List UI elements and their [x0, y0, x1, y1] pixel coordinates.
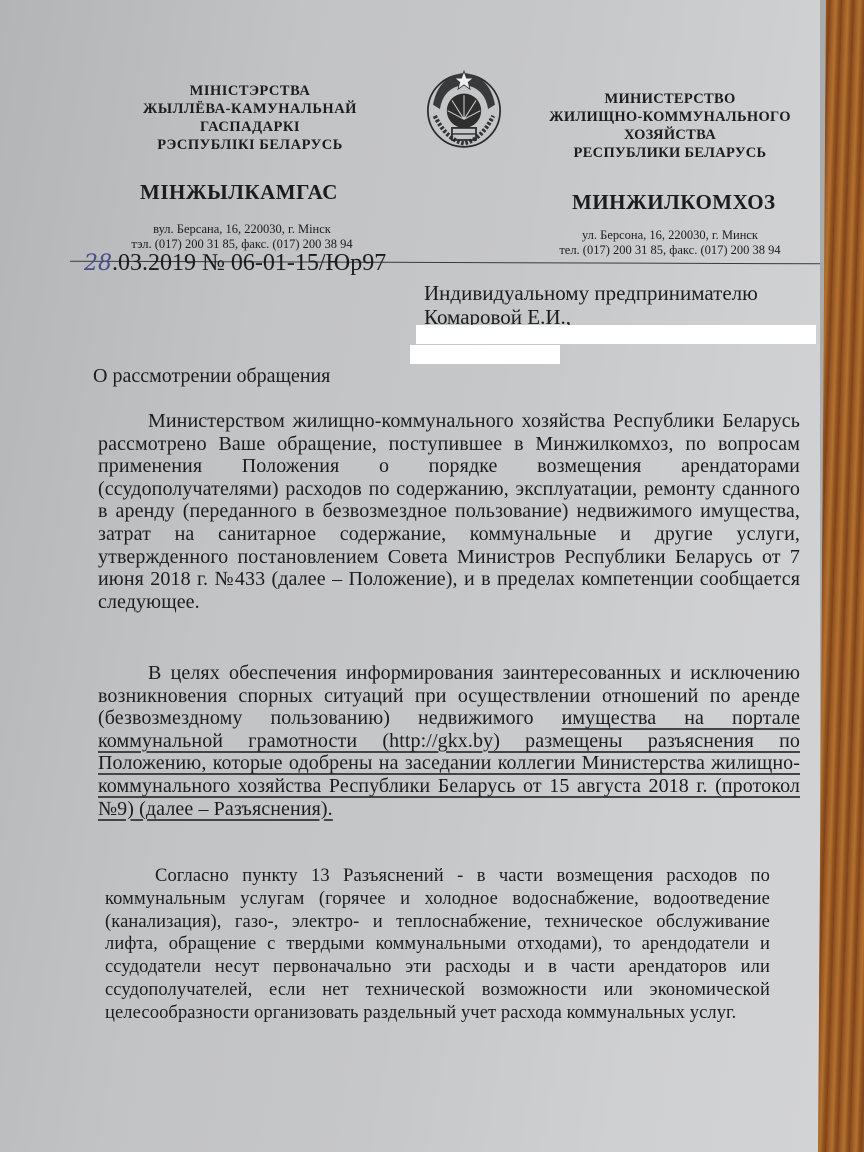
letterhead-line: МИНИСТЕРСТВО	[530, 90, 810, 108]
registration-number: 28.03.2019 № 06-01-15/Юр97	[84, 250, 386, 277]
redaction-bar	[410, 345, 560, 364]
handwritten-day: 28	[84, 251, 112, 276]
letterhead-line: ХОЗЯЙСТВА	[530, 126, 810, 144]
letterhead-russian: МИНИСТЕРСТВО ЖИЛИЩНО-КОММУНАЛЬНОГО ХОЗЯЙ…	[530, 90, 810, 162]
addressee-block: Индивидуальному предпринимателю Комарово…	[424, 281, 758, 329]
redaction-bar	[416, 325, 816, 344]
phone-fax: тел. (017) 200 31 85, факс. (017) 200 38…	[540, 243, 800, 258]
letter-page: МІНІСТЭРСТВА ЖЫЛЛЁВА-КАМУНАЛЬНАЙ ГАСПАДА…	[0, 0, 820, 1152]
letter-subject: О рассмотрении обращения	[93, 365, 330, 388]
letterhead-line: ЖИЛИЩНО-КОММУНАЛЬНОГО	[530, 108, 810, 126]
address-belarusian: вул. Берсана, 16, 220030, г. Мінск тэл. …	[112, 222, 372, 252]
paragraph-2: В целях обеспечения информирования заинт…	[98, 662, 800, 820]
paragraph-3: Согласно пункту 13 Разъяснений - в части…	[105, 865, 770, 1025]
addressee-title: Индивидуальному предпринимателю	[424, 281, 758, 305]
state-emblem-icon	[421, 66, 507, 152]
letterhead-belarusian: МІНІСТЭРСТВА ЖЫЛЛЁВА-КАМУНАЛЬНАЙ ГАСПАДА…	[120, 82, 380, 154]
letterhead-line: МІНІСТЭРСТВА	[120, 82, 380, 100]
letterhead-line: РЭСПУБЛІКІ БЕЛАРУСЬ	[120, 136, 380, 154]
ministry-abbr-russian: МИНЖИЛКОМХОЗ	[572, 190, 776, 215]
letterhead-line: РЕСПУБЛИКИ БЕЛАРУСЬ	[530, 144, 810, 162]
date-and-number: .03.2019 № 06-01-15/Юр97	[112, 250, 386, 276]
letterhead-line: ГАСПАДАРКІ	[120, 118, 380, 136]
street-address: вул. Берсана, 16, 220030, г. Мінск	[112, 222, 372, 237]
address-russian: ул. Берсона, 16, 220030, г. Минск тел. (…	[540, 228, 800, 258]
letterhead-line: ЖЫЛЛЁВА-КАМУНАЛЬНАЙ	[120, 100, 380, 118]
street-address: ул. Берсона, 16, 220030, г. Минск	[540, 228, 800, 243]
ministry-abbr-belarusian: МІНЖЫЛКАМГАС	[140, 180, 338, 205]
wooden-surface	[818, 0, 864, 1152]
paragraph-1: Министерством жилищно-коммунального хозя…	[98, 410, 800, 613]
